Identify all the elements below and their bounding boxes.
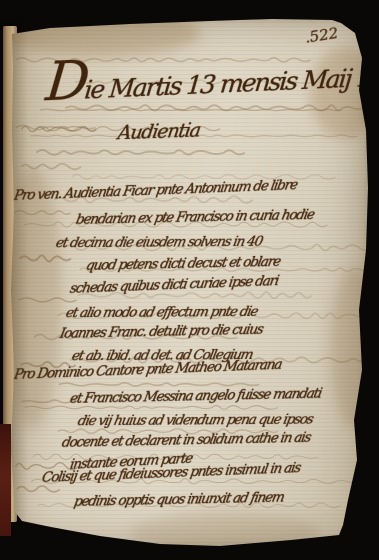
photo-vignette	[10, 18, 368, 548]
archive-photo-background: .522 Die Martis 13 mensis Maij 1631 Audi…	[0, 0, 379, 560]
binding-strip	[0, 424, 11, 536]
manuscript-page: .522 Die Martis 13 mensis Maij 1631 Audi…	[10, 18, 368, 548]
